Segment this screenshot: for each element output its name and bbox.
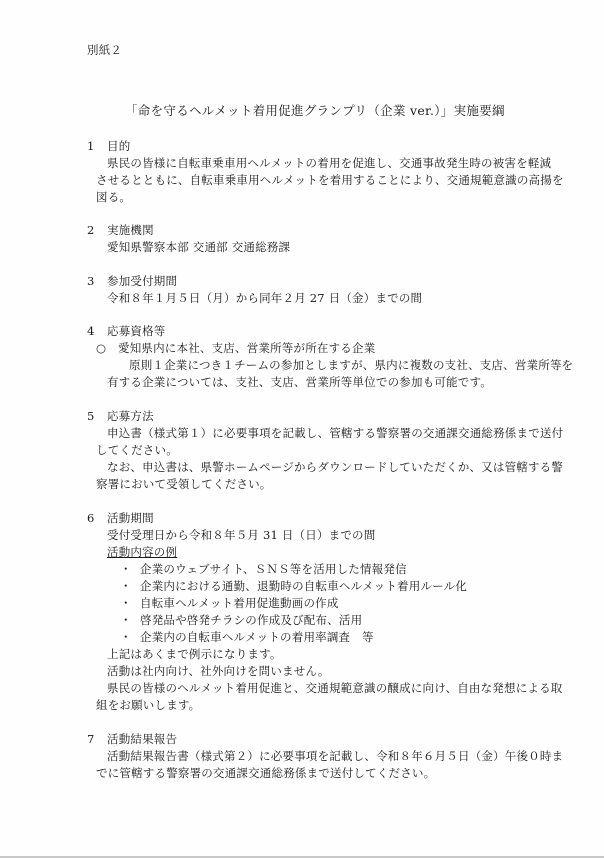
section-4-heading: 応募資格等 — [107, 324, 166, 338]
section-1-number: 1 — [87, 139, 95, 153]
section-5-line: してください。 — [96, 443, 178, 457]
list-item: 自転車ヘルメット着用促進動画の作成 — [140, 596, 339, 610]
section-2-number: 2 — [87, 223, 95, 237]
list-marker: ・ — [120, 596, 132, 610]
list-item: 企業のウェブサイト、ＳＮＳ等を活用した情報発信 — [140, 562, 407, 576]
section-6-note: 活動は社内向け、社外向けを問いません。 — [107, 664, 330, 678]
section-6-note: 組をお願いします。 — [96, 698, 200, 712]
annex-label: 別紙２ — [87, 43, 122, 57]
list-marker: ・ — [120, 613, 132, 627]
section-6-note: 県民の皆様のヘルメット着用促進と、交通規範意識の醸成に向け、自由な発想による取 — [107, 681, 563, 695]
section-7-heading: 活動結果報告 — [107, 732, 177, 746]
list-item: 企業内における通勤、退勤時の自転車ヘルメット着用ルール化 — [140, 579, 467, 593]
section-6-heading: 活動期間 — [107, 511, 154, 525]
section-1-line: させるとともに、自転車乗車用ヘルメットを着用することにより、交通規範意識の高揚を — [96, 173, 564, 187]
section-3-heading: 参加受付期間 — [107, 274, 177, 288]
section-6-note: 上記はあくまで例示になります。 — [107, 647, 282, 661]
section-5-number: 5 — [87, 409, 95, 423]
section-3-number: 3 — [87, 274, 95, 288]
section-5-line: 察署において受領してください。 — [96, 477, 272, 491]
section-6-number: 6 — [87, 511, 95, 525]
section-4-line: 愛知県内に本社、支店、営業所等が所在する企業 — [118, 341, 375, 355]
list-marker: ・ — [120, 562, 132, 576]
section-7-number: 7 — [87, 732, 95, 746]
document-page: 別紙２ 「命を守るヘルメット着用促進グランプリ（企業 ver.）」実施要綱 1 … — [0, 0, 604, 858]
section-5-heading: 応募方法 — [107, 409, 154, 423]
section-2-line: 愛知県警察本部 交通部 交通総務課 — [107, 240, 290, 254]
section-5-line: 申込書（様式第１）に必要事項を記載し、管轄する警察署の交通課交通総務係まで送付 — [107, 426, 563, 440]
list-marker: ・ — [120, 579, 132, 593]
section-2-heading: 実施機関 — [107, 223, 154, 237]
circle-bullet: ○ — [96, 341, 106, 355]
section-6-subheading: 活動内容の例 — [107, 545, 177, 559]
section-3-line: 令和８年１月５日（月）から同年２月 27 日（金）までの間 — [107, 291, 422, 305]
section-4-line: 原則１企業につき１チームの参加としますが、県内に複数の支社、支店、営業所等を — [129, 358, 573, 372]
list-item: 企業内の自転車ヘルメットの着用率調査 等 — [140, 630, 374, 644]
section-4-number: 4 — [87, 324, 95, 338]
section-6-line: 受付受理日から令和８年５月 31 日（日）までの間 — [107, 528, 375, 542]
section-1-heading: 目的 — [107, 139, 130, 153]
document-title: 「命を守るヘルメット着用促進グランプリ（企業 ver.）」実施要綱 — [125, 104, 505, 118]
list-item: 啓発品や啓発チラシの作成及び配布、活用 — [140, 613, 362, 627]
list-marker: ・ — [120, 630, 132, 644]
section-4-line: 有する企業については、支社、支店、営業所等単位での参加も可能です。 — [107, 375, 492, 389]
section-5-line: なお、申込書は、県警ホームページからダウンロードしていただくか、又は管轄する警 — [107, 460, 563, 474]
section-7-line: 活動結果報告書（様式第２）に必要事項を記載し、令和８年６月５日（金）午後０時ま — [107, 749, 563, 763]
section-7-line: でに管轄する警察署の交通課交通総務係まで送付してください。 — [96, 766, 435, 780]
section-1-line: 県民の皆様に自転車乗車用ヘルメットの着用を促進し、交通事故発生時の被害を軽減 — [107, 156, 551, 170]
section-1-line: 図る。 — [96, 190, 131, 204]
